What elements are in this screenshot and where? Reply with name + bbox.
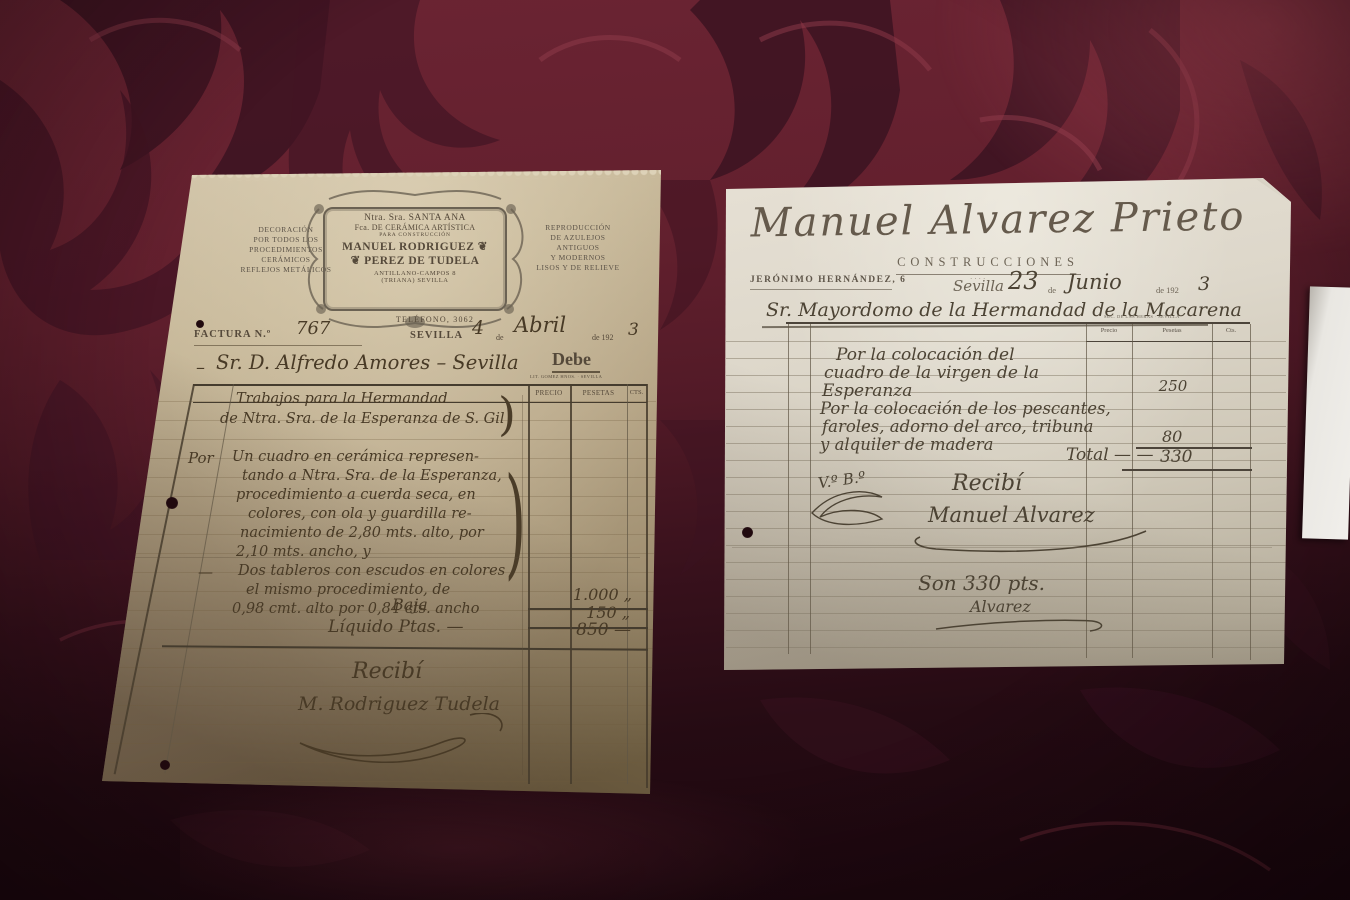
emblem-text: Ntra. Sra. SANTA ANA Fca. DE CERÁMICA AR… bbox=[313, 201, 517, 284]
de-label: de bbox=[496, 333, 504, 342]
paper-crease bbox=[522, 395, 523, 775]
factura-number-handwritten: 767 bbox=[296, 318, 330, 339]
body-line: 0,98 cmt. alto por 0,84 cts. ancho bbox=[232, 601, 479, 617]
table-top-border bbox=[193, 384, 647, 386]
baja-label: Baja bbox=[392, 595, 428, 614]
debe-label: Debe bbox=[552, 349, 591, 370]
total-value: 330 bbox=[1160, 447, 1192, 467]
body-line: faroles, adorno del arco, tribuna bbox=[822, 417, 1093, 436]
body-line: Esperanza bbox=[822, 381, 912, 401]
col-cts-line-right bbox=[1212, 324, 1213, 658]
margin-line-1 bbox=[788, 324, 789, 654]
col-cts-line bbox=[627, 384, 628, 784]
body-line: de Ntra. Sra. de la Esperanza de S. Gil bbox=[220, 411, 505, 427]
header-cts-right: Cts. bbox=[1212, 327, 1250, 334]
subtitle-rule bbox=[896, 274, 1081, 275]
dash-mark: – bbox=[196, 357, 205, 378]
table-right-border bbox=[646, 384, 648, 788]
amount-80: 80 bbox=[1162, 427, 1182, 446]
punch-hole bbox=[160, 760, 170, 770]
date-year-printed: de 192 bbox=[1156, 285, 1179, 295]
right-invoice-paper: Manuel Alvarez Prieto CONSTRUCCIONES ···… bbox=[718, 175, 1298, 677]
company-address: JERÓNIMO HERNÁNDEZ, 6 bbox=[750, 275, 906, 285]
total-underline bbox=[1122, 469, 1252, 471]
total-label: Total — — bbox=[1066, 445, 1153, 465]
punch-hole bbox=[742, 527, 753, 538]
body-line: Por la colocación del bbox=[836, 345, 1015, 365]
company-subtitle: CONSTRUCCIONES bbox=[868, 255, 1108, 270]
liquido-label: Líquido Ptas. — bbox=[328, 617, 463, 637]
date-month-handwritten: Junio bbox=[1067, 270, 1122, 294]
recibi-left: Recibí bbox=[352, 659, 422, 684]
left-invoice-paper: DECORACIÓN POR TODOS LOS PROCEDIMIENTOS … bbox=[100, 165, 666, 801]
body-line: Por bbox=[188, 449, 214, 467]
printer-mark-left-doc: LIT. GOMEZ HNOS. · SEVILLA bbox=[530, 374, 602, 379]
body-line: — bbox=[198, 563, 213, 581]
city-label: SEVILLA bbox=[410, 330, 463, 341]
col-pesetas-line bbox=[570, 384, 572, 784]
year-printed: de 192 bbox=[592, 333, 614, 342]
day-handwritten: 4 bbox=[472, 317, 484, 339]
recibi-right: Recibí bbox=[952, 471, 1022, 496]
header-pesetas: PESETAS bbox=[570, 389, 627, 397]
company-name: Manuel Alvarez Prieto bbox=[748, 194, 1249, 247]
vb-rubric-flourish bbox=[802, 483, 892, 529]
brace-mark: ) bbox=[498, 387, 516, 441]
body-line: colores, con ola y guardilla re- bbox=[248, 506, 472, 522]
signature-flourish-right bbox=[906, 527, 1156, 557]
address-underline bbox=[750, 289, 892, 290]
body-line: Trabajos para la Hermandad bbox=[236, 391, 448, 407]
addressee-handwritten: Sr. D. Alfredo Amores – Sevilla bbox=[216, 351, 519, 374]
debe-underline bbox=[552, 371, 600, 373]
signature-flourish-left bbox=[280, 713, 520, 763]
photo-two-1923-invoices: DECORACIÓN POR TODOS LOS PROCEDIMIENTOS … bbox=[0, 0, 1350, 900]
punch-hole bbox=[166, 497, 178, 509]
amount-total: 1.000 „ bbox=[532, 585, 632, 604]
header-precio: PRECIO bbox=[528, 389, 570, 397]
body-line: procedimiento a cuerda seca, en bbox=[236, 487, 476, 503]
factura-underline bbox=[194, 345, 362, 346]
white-card-edge bbox=[1302, 286, 1350, 539]
body-line: tando a Ntra. Sra. de la Esperanza, bbox=[242, 468, 502, 484]
amount-250: 250 bbox=[1138, 377, 1208, 395]
col-pesetas-line-right bbox=[1132, 324, 1133, 658]
printer-mark-right-doc: SUC. DE LAS HERAS · SEVILLA bbox=[1104, 314, 1180, 319]
col-precio-line bbox=[528, 384, 530, 784]
body-line: nacimiento de 2,80 mts. alto, por bbox=[240, 525, 484, 541]
header-pesetas-right: Pesetas bbox=[1132, 327, 1212, 334]
punch-hole bbox=[196, 320, 204, 328]
body-line: Por la colocación de los pescantes, bbox=[820, 399, 1111, 418]
date-year-handwritten: 3 bbox=[1198, 273, 1210, 295]
factura-label: FACTURA N.º bbox=[194, 329, 271, 340]
table-right-border-right bbox=[1250, 324, 1251, 660]
phone-line: TELÉFONO, 3062 bbox=[360, 315, 510, 324]
paper-crease bbox=[732, 547, 1272, 548]
letterhead-right-block: REPRODUCCIÓN DE AZULEJOS ANTIGUOS Y MODE… bbox=[522, 223, 634, 273]
body-line: cuadro de la virgen de la bbox=[824, 363, 1039, 383]
signature-manuel-alvarez: Manuel Alvarez bbox=[928, 503, 1095, 527]
ceramics-factory-emblem: Ntra. Sra. SANTA ANA Fca. DE CERÁMICA AR… bbox=[313, 201, 517, 317]
amount-in-words: Son 330 pts. bbox=[918, 571, 1045, 595]
table-header-bottom-right bbox=[1086, 341, 1250, 342]
body-line: Un cuadro en cerámica represen- bbox=[232, 449, 479, 465]
signature-rodriguez-tudela: M. Rodriguez Tudela bbox=[298, 693, 500, 715]
table-top-border-right bbox=[786, 322, 1250, 324]
col-precio-line-right bbox=[1086, 324, 1087, 658]
year-handwritten: 3 bbox=[628, 320, 639, 340]
date-de: de bbox=[1048, 285, 1056, 295]
header-precio-right: Precio bbox=[1086, 327, 1132, 334]
date-day-handwritten: 23 bbox=[1008, 267, 1039, 295]
month-handwritten: Abril bbox=[514, 313, 566, 337]
header-cts: CTS. bbox=[627, 389, 646, 396]
signature-flourish-small bbox=[932, 613, 1112, 635]
body-line: Dos tableros con escudos en colores bbox=[238, 563, 505, 579]
body-line: y alquiler de madera bbox=[820, 435, 993, 454]
date-city: Sevilla bbox=[953, 277, 1004, 295]
liquido-value: 850 — bbox=[536, 620, 631, 640]
paper-crease bbox=[120, 557, 640, 558]
